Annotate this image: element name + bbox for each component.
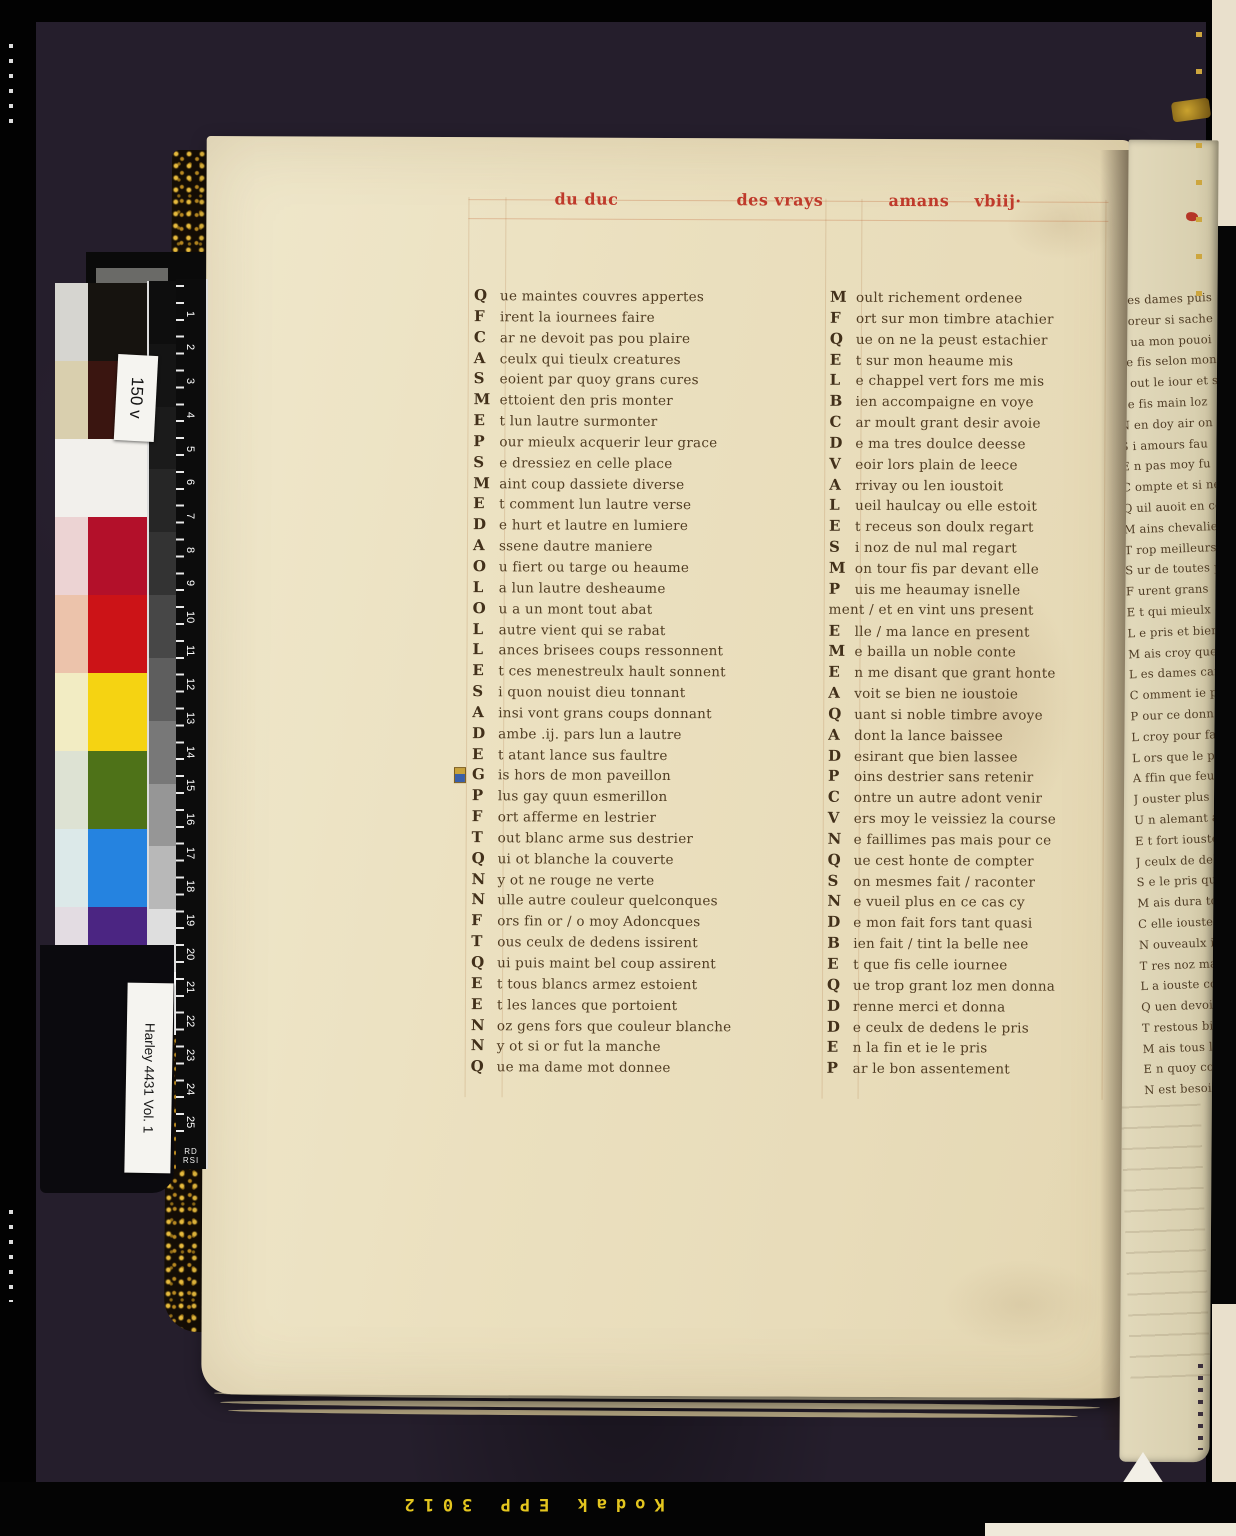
grayscale-step: [149, 658, 177, 721]
verse-initial: E: [830, 349, 856, 370]
verse-text: ort sur mon timbre atachier: [856, 309, 1054, 331]
verse-initial: E: [828, 662, 854, 683]
grayscale-step: [149, 595, 177, 658]
verse-text: e ceulx de dedens le pris: [853, 1017, 1029, 1039]
verse-line: L a lun lautre desheaume: [473, 577, 778, 599]
verse-text: e bailla un noble conte: [854, 642, 1016, 664]
verse-text: aint coup dassiete diverse: [499, 474, 684, 496]
verse-line: E t lun lautre surmonter: [473, 410, 778, 432]
verse-line: C ontre un autre adont venir: [828, 787, 1123, 809]
verse-initial: M: [474, 389, 500, 410]
text-column-left: Q ue maintes couvres appertes F irent la…: [471, 285, 779, 1078]
ruler-number: 1: [184, 297, 196, 331]
verse-text: t comment lun lautre verse: [499, 495, 691, 517]
ruler-number: 13: [184, 701, 196, 735]
verse-initial: E: [471, 973, 497, 994]
verse-line: V eoir lors plain de leece: [829, 453, 1124, 475]
verse-initial: L: [473, 577, 499, 598]
verse-line-fragment: E n quoy comm: [1143, 1055, 1218, 1080]
verse-initial: Q: [474, 285, 500, 306]
verse-initial: V: [829, 453, 855, 474]
verse-line-fragment: N ouveaulx iou: [1139, 930, 1219, 955]
color-patch-row: [55, 517, 147, 595]
ruler-number: 8: [184, 533, 196, 567]
verse-text: ances brisees coups ressonnent: [498, 641, 723, 663]
rubric-running-title: amans: [888, 191, 949, 210]
verse-text: ue trop grant loz men donna: [853, 976, 1055, 998]
pricking-holes: [1198, 1364, 1203, 1450]
verse-line: L autre vient qui se rabat: [473, 619, 778, 641]
verse-line-fragment: M ais tous les: [1142, 1034, 1218, 1059]
verse-initial: M: [828, 641, 854, 662]
verse-initial: A: [473, 535, 499, 556]
verse-initial: N: [471, 1036, 497, 1057]
verse-initial: P: [827, 1058, 853, 1079]
verse-initial: E: [827, 1037, 853, 1058]
verse-initial: S: [473, 452, 499, 473]
color-patch-saturated: [88, 595, 147, 673]
grayscale-step: [149, 469, 177, 532]
verse-line-fragment: A ffin que feusse: [1132, 764, 1218, 789]
verse-line: E t receus son doulx regart: [829, 516, 1124, 538]
verse-text: ambe .ij. pars lun a lautre: [498, 724, 682, 746]
verse-text: uant si noble timbre avoye: [854, 705, 1043, 727]
verse-line-fragment: U n alemant a: [1134, 806, 1219, 831]
verse-line: Q ue on ne la peust estachier: [830, 328, 1125, 350]
verse-text: i quon nouist dieu tonnant: [498, 682, 685, 704]
ruler-number: 16: [184, 802, 196, 836]
verse-line: V ers moy le veissiez la course: [828, 808, 1123, 830]
rubric-running-title: du duc: [554, 190, 618, 209]
verse-text: ien accompaigne en voye: [856, 392, 1034, 414]
rubric-running-title: des vrays: [736, 190, 823, 209]
color-patch-row: [55, 283, 147, 361]
verse-text: t atant lance sus faultre: [498, 745, 668, 767]
color-patch-light: [55, 361, 88, 439]
color-patch-light: [55, 595, 88, 673]
color-patch-row: [55, 439, 147, 517]
ruler-number: 18: [184, 870, 196, 904]
verse-initial: Q: [830, 328, 856, 349]
ruler-number: 4: [184, 398, 196, 432]
verse-line: Q ui puis maint bel coup assirent: [471, 952, 776, 974]
verse-line-fragment: N en doy air on p: [1120, 411, 1219, 436]
verse-text: e hurt et lautre en lumiere: [499, 516, 688, 538]
verse-line: N oz gens fors que couleur blanche: [471, 1015, 776, 1037]
color-patch-saturated: [88, 517, 147, 595]
verse-text: on mesmes fait / raconter: [853, 871, 1035, 893]
ruler-number: 21: [184, 971, 196, 1005]
verse-text: e mon fait fors tant quasi: [853, 913, 1032, 935]
grayscale-step: [149, 784, 177, 847]
verse-text: ous ceulx de dedens issirent: [497, 932, 698, 954]
verse-line: N ulle autre couleur quelconques: [471, 890, 776, 912]
verse-initial: S: [474, 369, 500, 390]
verse-initial: D: [827, 995, 853, 1016]
verse-line: C ar moult grant desir avoie: [829, 412, 1124, 434]
film-registration-dots-top: [9, 44, 13, 132]
verse-initial: N: [471, 869, 497, 890]
verse-initial: L: [473, 619, 499, 640]
verse-text: ulle autre couleur quelconques: [497, 891, 718, 913]
verse-line: x G is hors de mon paveillon: [472, 765, 777, 787]
verse-line-fragment: Q uil auoit en ce: [1123, 494, 1219, 519]
verse-text: ssene dautre maniere: [499, 536, 653, 558]
verse-line: D e mon fait fors tant quasi: [827, 912, 1122, 934]
verse-text: t ces menestreulx hault sonnent: [498, 661, 726, 683]
measurement-ruler: 1 2 3 4 5 6 7 8 9 10 11 12: [176, 279, 208, 1169]
verse-line: L ances brisees coups ressonnent: [472, 639, 777, 661]
verse-line: P lus gay quun esmerillon: [472, 785, 777, 807]
verse-initial: E: [473, 410, 499, 431]
verse-initial: L: [472, 639, 498, 660]
verse-line-fragment: J ouster plus: [1133, 785, 1218, 810]
verse-text: ue cest honte de compter: [854, 851, 1034, 873]
verse-text: eoient par quoy grans cures: [500, 370, 699, 392]
verse-text: ueil haulcay ou elle estoit: [855, 496, 1037, 518]
ruler-numbers: 1 2 3 4 5 6 7 8 9 10 11 12: [184, 297, 196, 1139]
folio-number-sticker: 150 v: [114, 354, 158, 442]
verse-initial: Q: [471, 1056, 497, 1077]
verse-line-fragment: Q uen devoie to: [1141, 993, 1219, 1018]
ruler-number: 22: [184, 1004, 196, 1038]
verse-line: M oult richement ordenee: [830, 287, 1125, 309]
ruler-number: 9: [184, 567, 196, 601]
verse-text: our mieulx acquerir leur grace: [499, 432, 717, 454]
verse-line: E t les lances que portoient: [471, 994, 776, 1016]
rubric-chapter-number: vbiij·: [974, 191, 1021, 210]
verse-initial: N: [471, 890, 497, 911]
verse-line: F ort afferme en lestrier: [472, 806, 777, 828]
verse-initial: D: [472, 723, 498, 744]
verse-line: S i noz de nul mal regart: [829, 537, 1124, 559]
verse-text: n la fin et ie le pris: [853, 1038, 988, 1059]
verse-text: t lun lautre surmonter: [499, 411, 657, 433]
recto-faint-text: [1121, 1104, 1212, 1397]
verse-line: M ettoient den pris monter: [474, 389, 779, 411]
grayscale-step: [149, 721, 177, 784]
verse-line: E t tous blancs armez estoient: [471, 973, 776, 995]
verse-initial: F: [472, 806, 498, 827]
verse-initial: E: [472, 660, 498, 681]
verse-line: P oins destrier sans retenir: [828, 766, 1123, 788]
verse-line: B ien fait / tint la belle nee: [827, 933, 1122, 955]
verse-text: ors fin or / o moy Adoncques: [497, 912, 700, 934]
verse-initial: E: [829, 516, 855, 537]
verse-text: oz gens fors que couleur blanche: [497, 1016, 732, 1038]
verse-text: i noz de nul mal regart: [855, 538, 1017, 560]
text-column-right: M oult richement ordenee F ort sur mon t…: [827, 287, 1125, 1080]
ruler-number: 24: [184, 1072, 196, 1106]
verse-initial: T: [472, 827, 498, 848]
verse-initial: D: [827, 1016, 853, 1037]
verse-initial: T: [471, 931, 497, 952]
verse-line: E t que fis celle iournee: [827, 954, 1122, 976]
verse-line: Q ue trop grant loz men donna: [827, 975, 1122, 997]
verse-line: M e bailla un noble conte: [828, 641, 1123, 663]
verse-initial: M: [829, 558, 855, 579]
verse-initial: Q: [472, 848, 498, 869]
verse-initial: O: [473, 598, 499, 619]
ruler-number: 6: [184, 465, 196, 499]
verse-text: y ot si or fut la manche: [497, 1037, 661, 1059]
verse-initial: N: [827, 891, 853, 912]
verse-line: S on mesmes fait / raconter: [827, 870, 1122, 892]
verse-text: ontre un autre adont venir: [854, 788, 1042, 810]
ruler-number: 7: [184, 499, 196, 533]
grayscale-step: [149, 281, 177, 344]
verse-line-fragment: P our ce donne b: [1130, 702, 1218, 727]
verse-initial: S: [829, 537, 855, 558]
verse-line-fragment: L e pris et bien: [1127, 619, 1218, 644]
film-edge-light-strip: [985, 1523, 1236, 1536]
manuscript-verso-page: du duc des vrays amans vbiij· Q ue maint…: [201, 136, 1132, 1398]
verse-initial: N: [471, 1015, 497, 1036]
color-patch-light: [55, 283, 88, 361]
verse-text: t les lances que portoient: [497, 995, 677, 1017]
verse-line: N y ot ne rouge ne verte: [471, 869, 776, 891]
verse-initial: P: [472, 785, 498, 806]
verse-line-fragment: J ceulx de deh: [1136, 847, 1219, 872]
verse-initial: D: [829, 433, 855, 454]
verse-line: D e ma tres doulce deesse: [829, 433, 1124, 455]
verse-line-fragment: L a iouste contr: [1140, 972, 1219, 997]
verse-text: rrivay ou len ioustoit: [855, 475, 1003, 496]
verse-text: eoir lors plain de leece: [855, 455, 1017, 477]
color-patch-light: [55, 829, 88, 907]
verse-initial: F: [830, 308, 856, 329]
verse-text: ettoient den pris monter: [500, 390, 674, 412]
verse-line-fragment: T res noz ma: [1139, 951, 1218, 976]
verse-initial: O: [473, 556, 499, 577]
verse-initial: Q: [828, 849, 854, 870]
verse-initial: S: [827, 870, 853, 891]
verse-initial: M: [830, 287, 856, 308]
verse-text: voit se bien ne ioustoie: [854, 684, 1018, 706]
binding-stud-dots: [1196, 32, 1202, 300]
verse-line: E lle / ma lance en present: [829, 620, 1124, 642]
ruling-line: [822, 199, 827, 1099]
verse-initial: B: [830, 391, 856, 412]
ruling-line: [465, 197, 470, 1097]
verse-line-fragment: M ains chevalie: [1123, 515, 1218, 540]
verse-line: Q ue maintes couvres appertes: [474, 285, 779, 307]
verse-initial: F: [474, 306, 500, 327]
ruler-number: 3: [184, 364, 196, 398]
verse-line: Q ue ma dame mot donnee: [471, 1056, 776, 1078]
verse-line-fragment: M ais dura tou: [1137, 889, 1219, 914]
ruler-footer-label: RD RSI: [176, 1147, 206, 1165]
grayscale-step: [149, 846, 177, 909]
verse-initial: E: [829, 620, 855, 641]
verse-initial: A: [828, 724, 854, 745]
verse-line-fragment: E t qui mieulx: [1126, 598, 1218, 623]
color-patch-saturated: [88, 283, 147, 361]
ruler-number: 5: [184, 432, 196, 466]
ruler-number: 20: [184, 937, 196, 971]
ruler-number: 12: [184, 668, 196, 702]
verse-text: ceulx qui tieulx creatures: [500, 349, 681, 371]
verse-line: E t comment lun lautre verse: [473, 494, 778, 516]
verse-text: uis me heaumay isnelle: [855, 580, 1021, 602]
verse-text: ue ma dame mot donnee: [497, 1057, 671, 1079]
verse-initial: A: [828, 683, 854, 704]
verse-initial: D: [827, 912, 853, 933]
verse-initial: P: [828, 766, 854, 787]
verse-line: A voit se bien ne ioustoie: [828, 683, 1123, 705]
verse-line: D esirant que bien lassee: [828, 745, 1123, 767]
verse-line-fragment: L ors que le pri: [1132, 743, 1219, 768]
verse-text: out blanc arme sus destrier: [498, 828, 694, 850]
verse-text: t que fis celle iournee: [853, 955, 1007, 977]
verse-line: E t sur mon heaume mis: [830, 349, 1125, 371]
color-patch-row: [55, 595, 147, 673]
verse-text: ui ot blanche la couverte: [498, 849, 674, 871]
verse-line-fragment: T restous bien: [1142, 1014, 1219, 1039]
verse-line: D renne merci et donna: [827, 995, 1122, 1017]
verse-text: e vueil plus en ce cas cy: [853, 892, 1025, 914]
shelfmark-sticker: Harley 4431 Vol. 1: [124, 983, 173, 1174]
verse-initial: P: [473, 431, 499, 452]
verse-text: autre vient qui se rabat: [499, 620, 666, 642]
verse-initial: Q: [828, 704, 854, 725]
verse-text: ar moult grant desir avoie: [855, 413, 1040, 435]
verse-text: lle / ma lance en present: [855, 621, 1030, 643]
recto-text-fragments: S es dames puis L oreur si sache Q ua mo…: [1119, 286, 1218, 1101]
verse-text: t receus son doulx regart: [855, 517, 1034, 539]
verse-line: E n la fin et ie le pris: [827, 1037, 1122, 1059]
verse-line: E n me disant que grant honte: [828, 662, 1123, 684]
verse-initial: C: [829, 412, 855, 433]
verse-line: F ort sur mon timbre atachier: [830, 308, 1125, 330]
verse-text: ue maintes couvres appertes: [500, 286, 704, 308]
verse-line: F ors fin or / o moy Adoncques: [471, 910, 776, 932]
verse-text: ment / et en vint uns present: [829, 599, 1034, 621]
verse-line-fragment: N est besoing: [1144, 1076, 1219, 1101]
verse-text: ort afferme en lestrier: [498, 807, 657, 829]
verse-line-fragment: C elle iouste et: [1138, 910, 1219, 935]
verse-line: C ar ne devoit pas pou plaire: [474, 327, 779, 349]
ruler-number: 14: [184, 735, 196, 769]
verse-line: S e dressiez en celle place: [473, 452, 778, 474]
verse-initial: S: [472, 681, 498, 702]
verse-initial: Q: [471, 952, 497, 973]
verse-text: u fiert ou targe ou heaume: [499, 557, 689, 579]
verse-line: P uis me heaumay isnelle: [829, 579, 1124, 601]
verse-line: D e hurt et lautre en lumiere: [473, 514, 778, 536]
verse-line: O u fiert ou targe ou heaume: [473, 556, 778, 578]
illuminated-initial-mark: x: [454, 767, 466, 783]
verse-text: t tous blancs armez estoient: [497, 974, 697, 996]
verse-text: a lun lautre desheaume: [499, 578, 666, 600]
verse-line: A insi vont grans coups donnant: [472, 702, 777, 724]
verse-line: N e faillimes pas mais pour ce: [828, 829, 1123, 851]
verse-line: ment / et en vint uns present: [829, 599, 1124, 621]
verse-line-fragment: S e le pris que: [1136, 868, 1218, 893]
verse-text: oult richement ordenee: [856, 288, 1023, 310]
verse-line: A ssene dautre maniere: [473, 535, 778, 557]
verse-line: D ambe .ij. pars lun a lautre: [472, 723, 777, 745]
verse-line: Q ue cest honte de compter: [828, 849, 1123, 871]
verse-line: S eoient par quoy grans cures: [474, 369, 779, 391]
verse-text: ien fait / tint la belle nee: [853, 934, 1028, 956]
color-patch-row: [55, 673, 147, 751]
verse-text: dont la lance baissee: [854, 726, 1003, 747]
verse-initial: E: [472, 744, 498, 765]
verse-initial: C: [828, 787, 854, 808]
parchment-stain: [941, 1259, 1101, 1350]
verse-text: renne merci et donna: [853, 997, 1006, 1019]
verse-initial: D: [828, 745, 854, 766]
ruler-number: 10: [184, 600, 196, 634]
ruler-number: 15: [184, 769, 196, 803]
verse-line: A dont la lance baissee: [828, 724, 1123, 746]
verse-line: E t atant lance sus faultre: [472, 744, 777, 766]
verse-text: u a un mont tout abat: [499, 599, 653, 621]
ruler-number: 25: [184, 1106, 196, 1140]
color-patch-row: [55, 751, 147, 829]
verse-initial: B: [827, 933, 853, 954]
verse-initial: A: [472, 702, 498, 723]
verse-line-fragment: E t fort iousteu: [1135, 827, 1219, 852]
color-patch-light: [55, 751, 88, 829]
verse-initial: G: [472, 765, 498, 786]
verse-initial: F: [471, 910, 497, 931]
verse-initial: D: [473, 514, 499, 535]
verse-text: is hors de mon paveillon: [498, 766, 671, 788]
color-patch-saturated: [88, 829, 147, 907]
verse-initial: E: [473, 494, 499, 515]
verse-initial: E: [827, 954, 853, 975]
verse-initial: N: [828, 829, 854, 850]
verse-text: e ma tres doulce deesse: [855, 434, 1025, 456]
grayscale-step: [149, 532, 177, 595]
verse-line: P ar le bon assentement: [827, 1058, 1122, 1080]
verse-initial: L: [829, 495, 855, 516]
verse-text: y ot ne rouge ne verte: [497, 870, 654, 892]
manuscript-recto-page-edge: S es dames puis L oreur si sache Q ua mo…: [1119, 140, 1218, 1463]
verse-line: A rrivay ou len ioustoit: [829, 474, 1124, 496]
verse-text: ar le bon assentement: [853, 1059, 1010, 1081]
verse-line: O u a un mont tout abat: [473, 598, 778, 620]
verse-text: ar ne devoit pas pou plaire: [500, 328, 690, 350]
color-patch-saturated: [88, 751, 147, 829]
verse-text: lus gay quun esmerillon: [498, 787, 668, 809]
verse-line: E t ces menestreulx hault sonnent: [472, 660, 777, 682]
verse-line: N e vueil plus en ce cas cy: [827, 891, 1122, 913]
verse-initial: C: [474, 327, 500, 348]
verse-initial: A: [829, 474, 855, 495]
ruler-number: 19: [184, 903, 196, 937]
verse-initial: E: [471, 994, 497, 1015]
verse-initial: A: [474, 348, 500, 369]
verse-line: P our mieulx acquerir leur grace: [473, 431, 778, 453]
film-brand-text: Kodak EPP 3012: [340, 1494, 720, 1514]
verse-text: ers moy le veissiez la course: [854, 809, 1056, 831]
verse-line: D e ceulx de dedens le pris: [827, 1016, 1122, 1038]
verse-initial: M: [473, 473, 499, 494]
shelfmark-text: Harley 4431 Vol. 1: [141, 1023, 158, 1134]
color-patch-light: [55, 673, 88, 751]
verse-text: oins destrier sans retenir: [854, 767, 1034, 789]
verse-text: ui puis maint bel coup assirent: [497, 953, 716, 975]
verse-line: N y ot si or fut la manche: [471, 1036, 776, 1058]
verse-line: B ien accompaigne en voye: [830, 391, 1125, 413]
verse-line: A ceulx qui tieulx creatures: [474, 348, 779, 370]
verse-initial: V: [828, 808, 854, 829]
color-patch-light: [55, 517, 88, 595]
ruler-number: 11: [184, 634, 196, 668]
